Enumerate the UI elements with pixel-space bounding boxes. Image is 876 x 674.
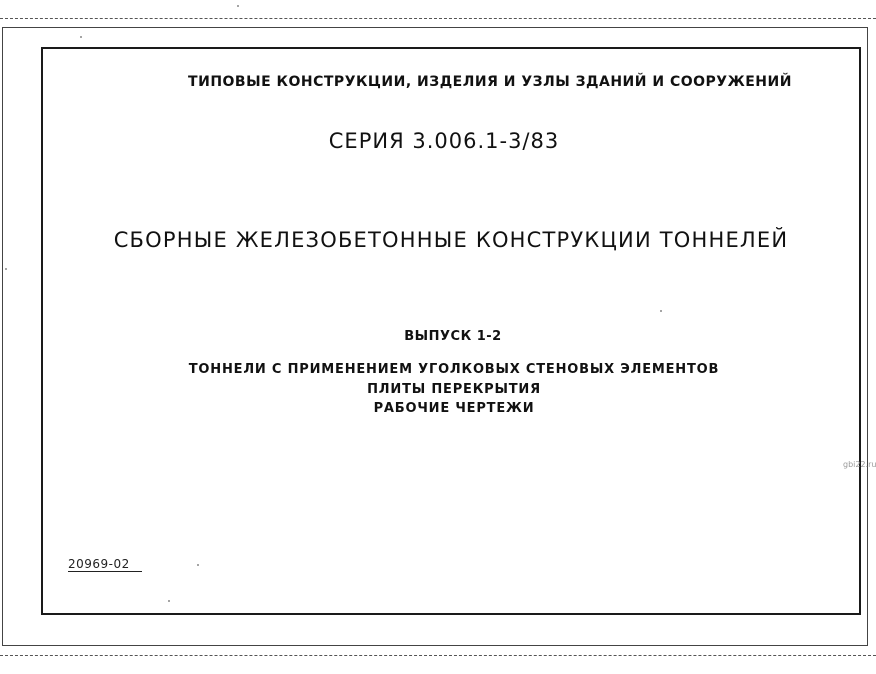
document-number: 20969-02 bbox=[68, 557, 142, 572]
header-text: ТИПОВЫЕ КОНСТРУКЦИИ, ИЗДЕЛИЯ И УЗЛЫ ЗДАН… bbox=[80, 74, 876, 90]
watermark: gbi22.ru bbox=[843, 460, 876, 469]
top-scan-edge bbox=[0, 18, 876, 19]
scan-speck bbox=[168, 600, 170, 602]
bottom-scan-edge bbox=[0, 655, 876, 656]
issue-number: ВЫПУСК 1-2 bbox=[15, 329, 876, 344]
scan-speck bbox=[237, 5, 239, 7]
scan-speck bbox=[80, 36, 82, 38]
document-title: СБОРНЫЕ ЖЕЛЕЗОБЕТОННЫЕ КОНСТРУКЦИИ ТОННЕ… bbox=[13, 228, 876, 252]
subtitle-line-1: ТОННЕЛИ С ПРИМЕНЕНИЕМ УГОЛКОВЫХ СТЕНОВЫХ… bbox=[16, 362, 876, 377]
scan-speck bbox=[197, 564, 199, 566]
series-number: СЕРИЯ 3.006.1-3/83 bbox=[6, 129, 876, 153]
scan-speck bbox=[660, 310, 662, 312]
scan-speck bbox=[5, 268, 7, 270]
subtitle-line-3: РАБОЧИЕ ЧЕРТЕЖИ bbox=[16, 401, 876, 416]
subtitle-line-2: ПЛИТЫ ПЕРЕКРЫТИЯ bbox=[16, 382, 876, 397]
